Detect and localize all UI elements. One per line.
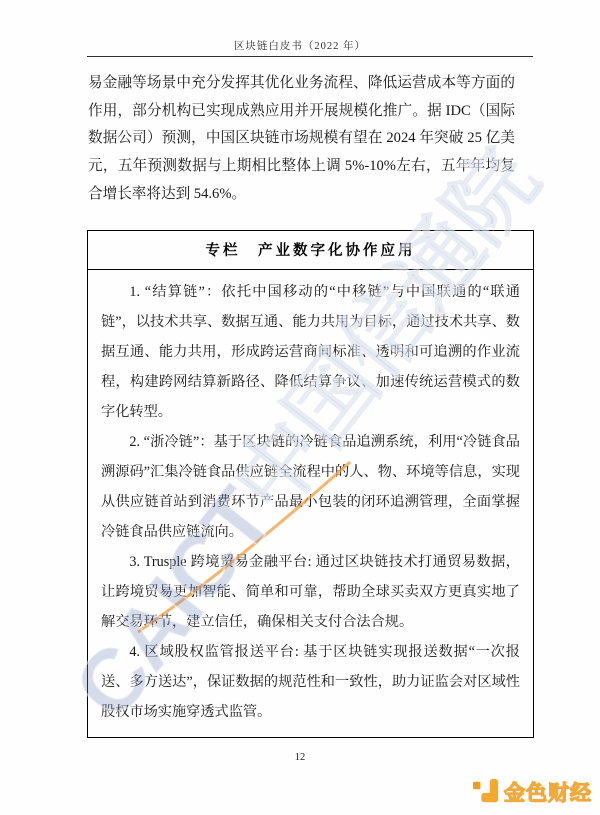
column-item-4: 4. 区域股权监管报送平台: 基于区块链实现报送数据“一次报送、多方送达”，保证… [101,637,520,727]
document-page: 区块链白皮书（2022 年） 易金融等场景中充分发挥其优化业务流程、降低运营成本… [0,0,600,815]
intro-paragraph: 易金融等场景中充分发挥其优化业务流程、降低运营成本等方面的作用，部分机构已实现成… [88,70,515,209]
column-item-3: 3. Trusple 跨境贸易金融平台: 通过区块链技术打通贸易数据，让跨境贸易… [101,547,520,637]
column-item-2: 2. “浙冷链”：基于区块链的冷链食品追溯系统，利用“冷链食品溯源码”汇集冷链食… [101,427,520,547]
column-box-body: 1. “结算链”：依托中国移动的“中移链”与中国联通的“联通链”，以技术共享、数… [88,270,533,737]
page-number: 12 [0,752,600,763]
running-header-title: 区块链白皮书（2022 年） [0,38,600,53]
page-content: 易金融等场景中充分发挥其优化业务流程、降低运营成本等方面的作用，部分机构已实现成… [88,70,515,738]
golden-finance-icon [473,779,499,805]
column-item-1: 1. “结算链”：依托中国移动的“中移链”与中国联通的“联通链”，以技术共享、数… [101,277,520,427]
header-rule [87,56,533,57]
brand-logo: 金色财经 [473,777,592,807]
column-feature-box: 专栏 产业数字化协作应用 1. “结算链”：依托中国移动的“中移链”与中国联通的… [87,230,534,738]
brand-logo-text: 金色财经 [504,777,592,807]
column-box-title: 专栏 产业数字化协作应用 [88,231,533,270]
